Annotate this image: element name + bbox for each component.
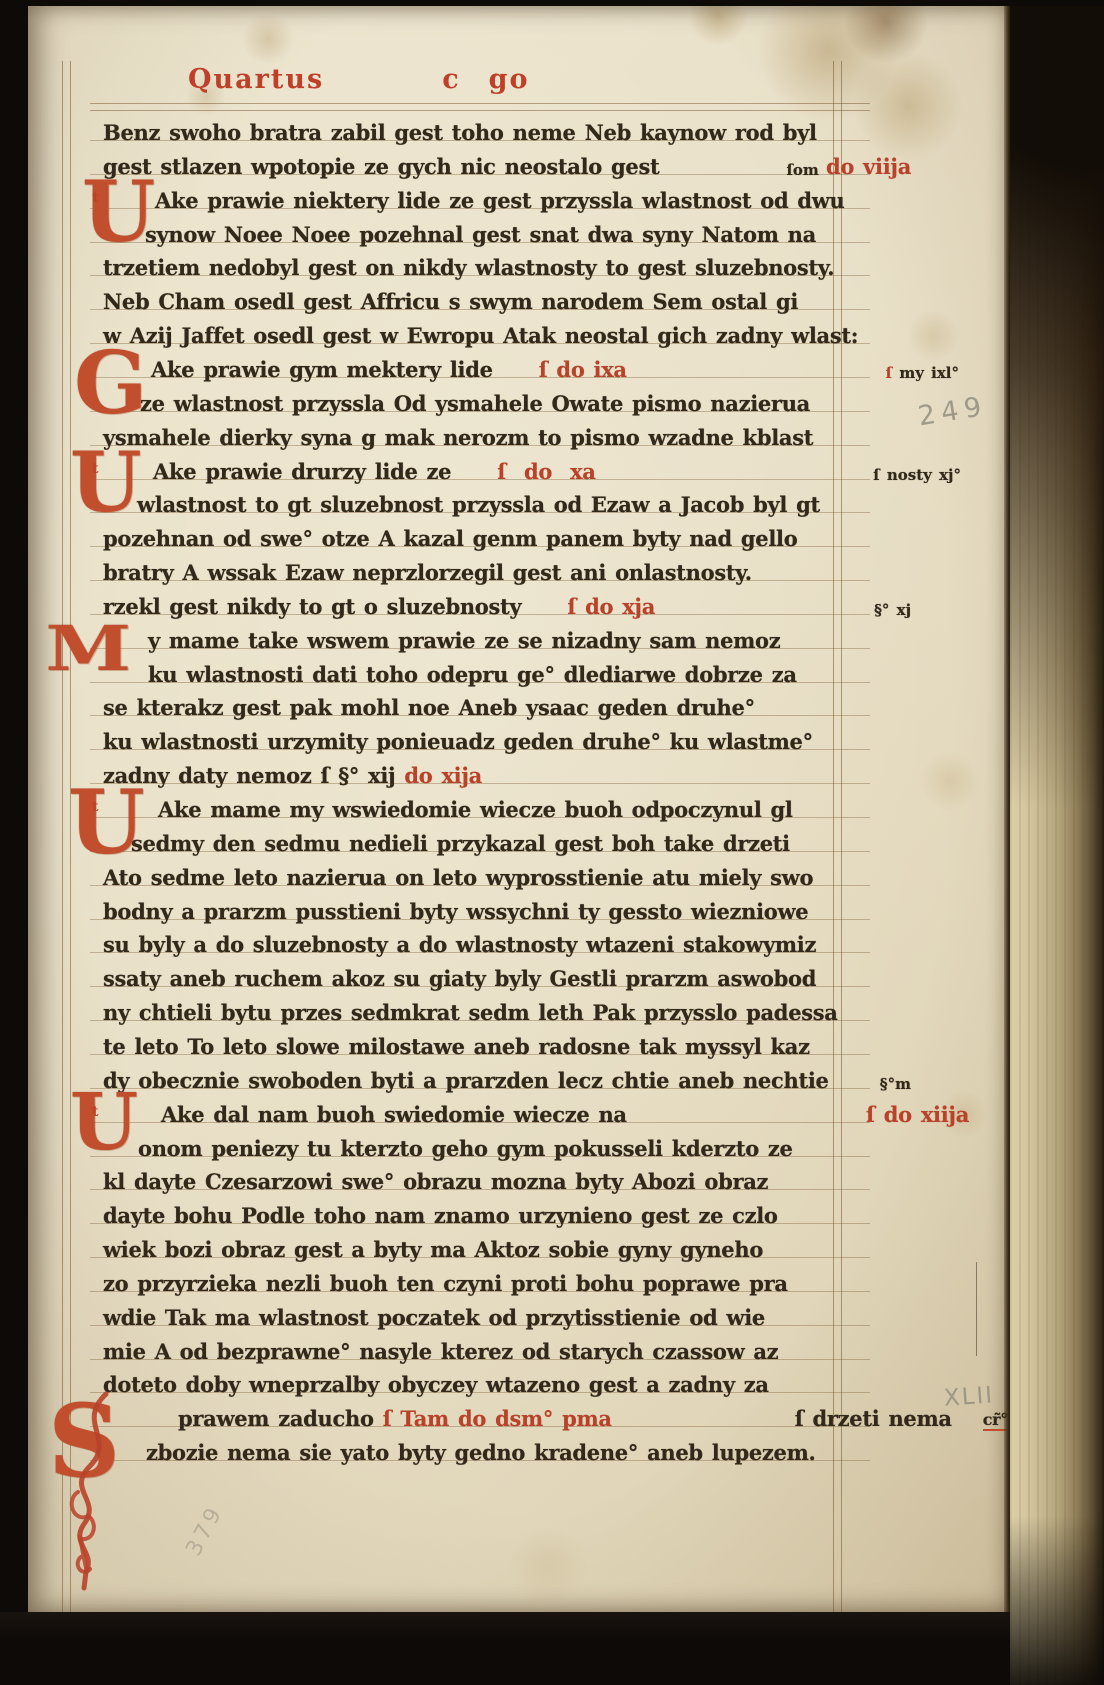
text-line: zadny daty nemoz ſ §° xij do xija bbox=[103, 755, 911, 788]
ink-text: w Azij Jaffet osedl gest w Ewropu Atak n… bbox=[103, 323, 858, 348]
illuminated-initial: U bbox=[68, 781, 145, 865]
ink-text: su byly a do sluzebnosty a do wlastnosty… bbox=[103, 932, 816, 957]
illuminated-initial: U bbox=[70, 445, 142, 523]
text-line: wiek bozi obraz gest a byty ma Aktoz sob… bbox=[103, 1229, 911, 1262]
ink-text: Ake prawie gym mektery lide bbox=[151, 357, 493, 382]
ink-text: doteto doby wneprzalby obyczey wtazeno g… bbox=[103, 1372, 769, 1397]
text-line: Neb Cham osedl gest Affricu s swym narod… bbox=[103, 281, 911, 314]
photo-border-left bbox=[0, 0, 28, 1685]
illuminated-initial: U bbox=[70, 1086, 138, 1160]
ink-text: dy obecznie swoboden byti a prarzden lec… bbox=[103, 1068, 829, 1093]
ink-text: Benz swoho bratra zabil gest toho neme N… bbox=[103, 120, 817, 145]
rubric-text: ſ do xiija bbox=[866, 1102, 969, 1127]
ink-text: te leto To leto slowe milostawe aneb rad… bbox=[103, 1034, 810, 1059]
ink-text: Ake prawie niektery lide ze gest przyssl… bbox=[155, 188, 845, 213]
text-line: bratry A wssak Ezaw neprzlorzegil gest a… bbox=[103, 552, 911, 585]
ink-text: se kterakz gest pak mohl noe Aneb ysaac … bbox=[103, 695, 755, 720]
ink-text: Neb Cham osedl gest Affricu s swym narod… bbox=[103, 289, 798, 314]
ink-text: wlastnost to gt sluzebnost przyssla od E… bbox=[137, 492, 820, 517]
fore-edge-page-stack bbox=[1010, 0, 1104, 1685]
initial-guide-letter: t bbox=[92, 190, 98, 206]
text-line: Ake prawie drurzy lide zeſ do xaſ nosty … bbox=[103, 451, 961, 484]
text-line: bodny a prarzm pusstieni byty wssychni t… bbox=[103, 891, 911, 924]
initial-guide-letter: t bbox=[92, 461, 98, 477]
ink-text: trzetiem nedobyl gest on nikdy wlastnost… bbox=[103, 255, 834, 280]
ink-text: mie A od bezprawne° nasyle kterez od sta… bbox=[103, 1339, 778, 1364]
rubric-text: ſ do ixa bbox=[539, 357, 627, 382]
text-line: Ake prawie niektery lide ze gest przyssl… bbox=[103, 180, 963, 213]
text-line: se kterakz gest pak mohl noe Aneb ysaac … bbox=[103, 687, 911, 720]
text-line: onom peniezy tu kterzto geho gym pokusse… bbox=[103, 1128, 946, 1161]
text-line: su byly a do sluzebnosty a do wlastnosty… bbox=[103, 924, 911, 957]
initial-flourish bbox=[44, 1384, 136, 1604]
text-line: mie A od bezprawne° nasyle kterez od sta… bbox=[103, 1331, 911, 1364]
text-line: wlastnost to gt sluzebnost przyssla od E… bbox=[103, 484, 945, 517]
text-line: trzetiem nedobyl gest on nikdy wlastnost… bbox=[103, 247, 911, 280]
initial-guide-letter: t bbox=[92, 1104, 98, 1120]
text-line: zo przyrzieka nezli buoh ten czyni proti… bbox=[103, 1263, 911, 1296]
text-line: te leto To leto slowe milostawe aneb rad… bbox=[103, 1026, 911, 1059]
ink-text: onom peniezy tu kterzto geho gym pokusse… bbox=[138, 1136, 793, 1161]
ink-text: kl dayte Czesarzowi swe° obrazu mozna by… bbox=[103, 1169, 768, 1194]
rubric-text: do xija bbox=[404, 763, 482, 788]
photo-border-top bbox=[0, 0, 1104, 6]
text-line: ny chtieli bytu przes sedmkrat sedm leth… bbox=[103, 992, 911, 1025]
ink-text: my ixl° bbox=[899, 364, 959, 382]
ink-text: bodny a prarzm pusstieni byty wssychni t… bbox=[103, 899, 808, 924]
text-line: Ake dal nam buoh swiedomie wiecze naſ do… bbox=[103, 1094, 969, 1127]
text-line: pozehnan od swe° otze A kazal genm panem… bbox=[103, 518, 911, 551]
ink-text: sedmy den sedmu nedieli przykazal gest b… bbox=[131, 831, 790, 856]
text-line: w Azij Jaffet osedl gest w Ewropu Atak n… bbox=[103, 315, 911, 348]
manuscript-page: Quartus c go Benz swoho bratra zabil ges… bbox=[28, 6, 1010, 1616]
ink-text: ſ drzeti nema bbox=[795, 1406, 961, 1431]
ink-text: ysmahele dierky syna g mak nerozm to pis… bbox=[103, 425, 813, 450]
ink-text: zbozie nema sie yato byty gedno kradene°… bbox=[146, 1440, 816, 1465]
rubric-text: ſ Tam do dsm° pma bbox=[383, 1406, 612, 1431]
text-line: prawem zaducho ſ Tam do dsm° pmaſ drzeti… bbox=[103, 1398, 986, 1431]
rubric-text: ſ do xa bbox=[497, 459, 595, 484]
ink-text: ſ nosty xj° bbox=[873, 466, 961, 484]
ink-text: gest stlazen wpotopie ze gych nic neosta… bbox=[103, 154, 659, 179]
ink-text: ſom bbox=[786, 161, 826, 179]
text-line: zbozie nema sie yato byty gedno kradene°… bbox=[103, 1432, 954, 1465]
text-block: Benz swoho bratra zabil gest toho neme N… bbox=[28, 6, 1010, 1616]
initial-guide-letter: t bbox=[92, 799, 98, 815]
text-line: ku wlastnosti dati toho odepru ge° dledi… bbox=[103, 654, 956, 687]
ink-text: ssaty aneb ruchem akoz su giaty byly Ges… bbox=[103, 966, 816, 991]
text-line: ysmahele dierky syna g mak nerozm to pis… bbox=[103, 417, 911, 450]
ink-text: Ake dal nam buoh swiedomie wiecze na bbox=[161, 1102, 627, 1127]
rubric-text: ſ bbox=[886, 364, 900, 382]
text-line: y mame take wswem prawie ze se nizadny s… bbox=[103, 620, 956, 653]
ink-text: wiek bozi obraz gest a byty ma Aktoz sob… bbox=[103, 1237, 763, 1262]
ink-text: ku wlastnosti urzymity ponieuadz geden d… bbox=[103, 729, 813, 754]
ink-text: dayte bohu Podle toho nam znamo urzynien… bbox=[103, 1203, 778, 1228]
manuscript-photo: Quartus c go Benz swoho bratra zabil ges… bbox=[0, 0, 1104, 1685]
text-line: Benz swoho bratra zabil gest toho neme N… bbox=[103, 112, 911, 145]
ink-text: ze wlastnost przyssla Od ysmahele Owate … bbox=[140, 391, 810, 416]
illuminated-initial: G bbox=[74, 343, 147, 425]
illuminated-initial: U bbox=[82, 172, 155, 252]
ink-text: zo przyrzieka nezli buoh ten czyni proti… bbox=[103, 1271, 788, 1296]
text-line: synow Noee Noee pozehnal gest snat dwa s… bbox=[103, 214, 953, 247]
text-line: doteto doby wneprzalby obyczey wtazeno g… bbox=[103, 1364, 911, 1397]
quire-signature-pencil: XLII bbox=[943, 1382, 995, 1411]
rubric-text: ſ do xja bbox=[567, 594, 655, 619]
ink-text: Ake mame my wswiedomie wiecze buoh odpoc… bbox=[158, 797, 793, 822]
ink-text: bratry A wssak Ezaw neprzlorzegil gest a… bbox=[103, 560, 752, 585]
text-line: ze wlastnost przyssla Od ysmahele Owate … bbox=[103, 383, 948, 416]
text-line: ssaty aneb ruchem akoz su giaty byly Ges… bbox=[103, 958, 911, 991]
ink-text: §° xj bbox=[874, 601, 911, 619]
ink-text: Ake prawie drurzy lide ze bbox=[153, 459, 451, 484]
ink-text: y mame take wswem prawie ze se nizadny s… bbox=[148, 628, 780, 653]
page-crease bbox=[976, 1262, 977, 1356]
ink-text: wdie Tak ma wlastnost poczatek od przyti… bbox=[103, 1305, 765, 1330]
ink-text: zadny daty nemoz ſ §° xij bbox=[103, 763, 404, 788]
text-line: kl dayte Czesarzowi swe° obrazu mozna by… bbox=[103, 1161, 911, 1194]
text-line: gest stlazen wpotopie ze gych nic neosta… bbox=[103, 146, 911, 179]
ink-text: rzekl gest nikdy to gt o sluzebnosty bbox=[103, 594, 521, 619]
ink-text: ny chtieli bytu przes sedmkrat sedm leth… bbox=[103, 1000, 838, 1025]
text-line: ku wlastnosti urzymity ponieuadz geden d… bbox=[103, 721, 911, 754]
text-line: dy obecznie swoboden byti a prarzden lec… bbox=[103, 1060, 911, 1093]
text-line: sedmy den sedmu nedieli przykazal gest b… bbox=[103, 823, 939, 856]
text-line: Ake prawie gym mektery lideſ do ixaſ my … bbox=[103, 349, 959, 382]
ink-text: Ato sedme leto nazierua on leto wyprosst… bbox=[103, 865, 813, 890]
rubric-text: do viija bbox=[826, 154, 911, 179]
ink-text: prawem zaducho bbox=[178, 1406, 383, 1431]
ink-text: §°m bbox=[880, 1075, 911, 1093]
text-line: Ake mame my wswiedomie wiecze buoh odpoc… bbox=[103, 789, 966, 822]
text-line: wdie Tak ma wlastnost poczatek od przyti… bbox=[103, 1297, 911, 1330]
ink-text: synow Noee Noee pozehnal gest snat dwa s… bbox=[145, 222, 816, 247]
photo-border-bottom bbox=[0, 1612, 1010, 1685]
ink-text: pozehnan od swe° otze A kazal genm panem… bbox=[103, 526, 797, 551]
illuminated-initial: M bbox=[45, 620, 131, 679]
text-line: Ato sedme leto nazierua on leto wyprosst… bbox=[103, 857, 911, 890]
ink-text: ku wlastnosti dati toho odepru ge° dledi… bbox=[148, 662, 797, 687]
text-line: rzekl gest nikdy to gt o sluzebnostyſ do… bbox=[103, 586, 911, 619]
text-line: dayte bohu Podle toho nam znamo urzynien… bbox=[103, 1195, 911, 1228]
